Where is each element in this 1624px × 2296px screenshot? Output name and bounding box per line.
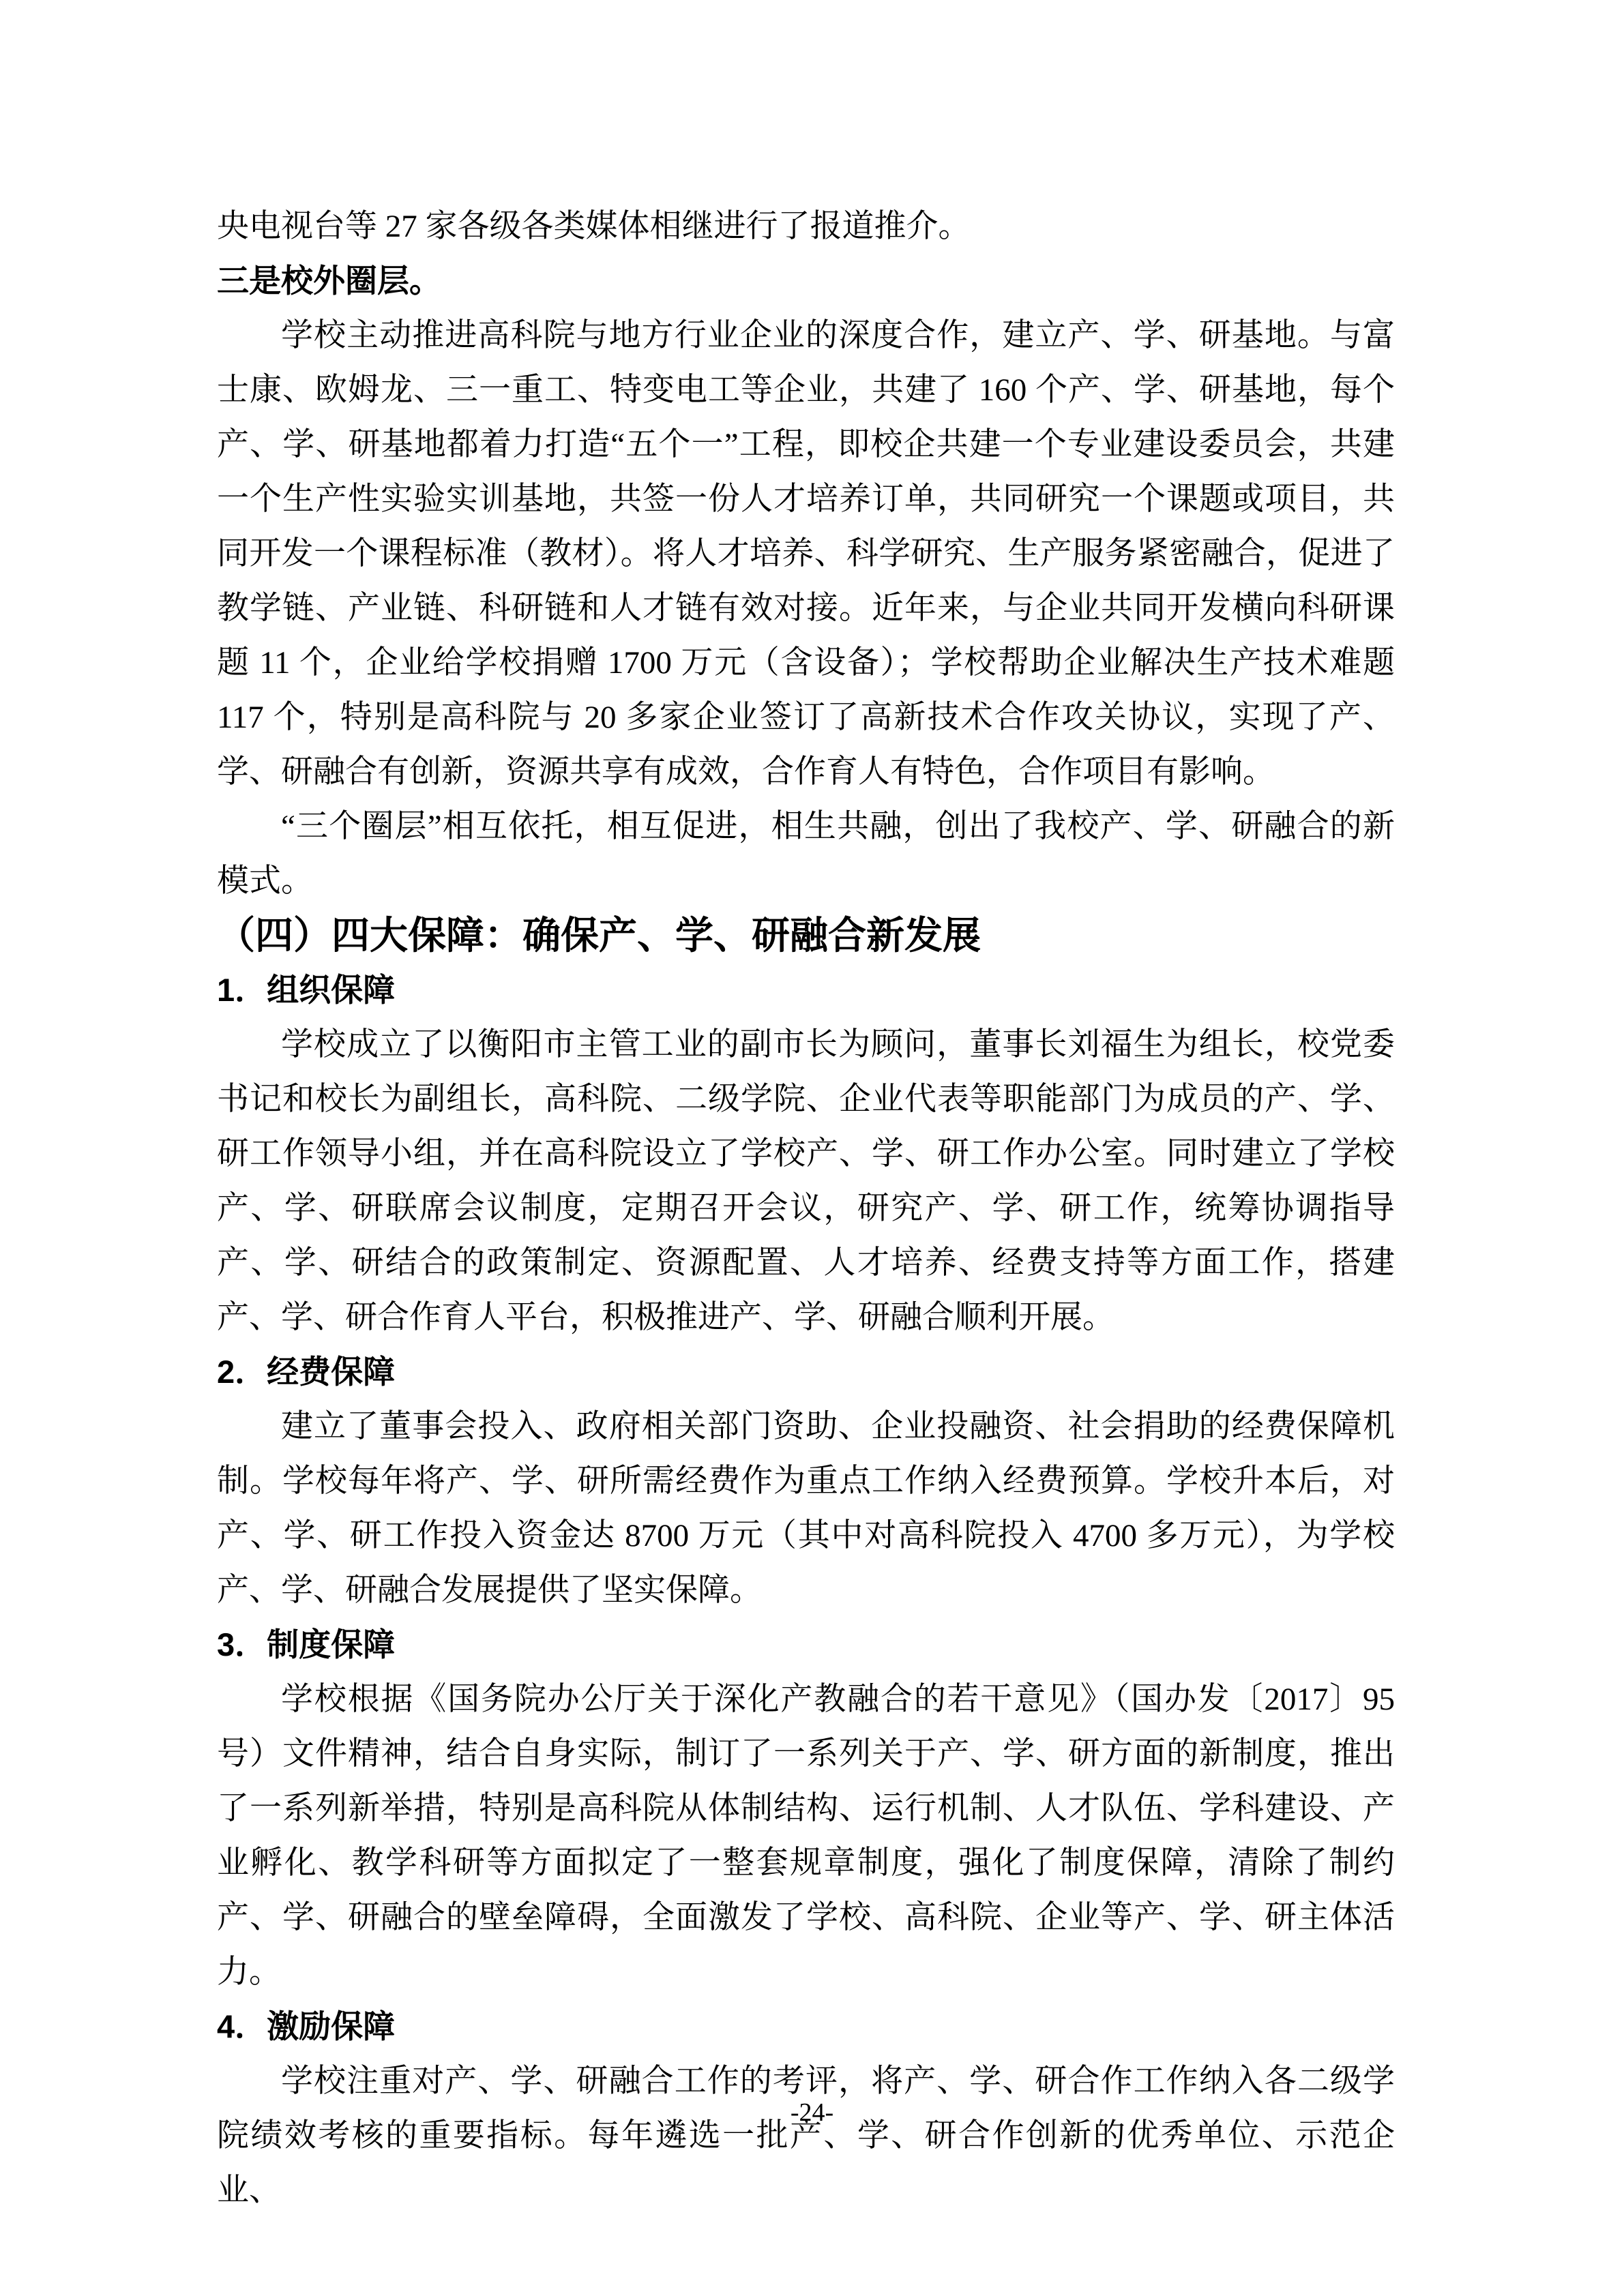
page-number: -24- — [0, 2085, 1624, 2140]
subheading-organizational-guarantee: 1．组织保障 — [217, 963, 1395, 1017]
paragraph-three-circles-summary: “三个圈层”相互依托，相互促进，相生共融，创出了我校产、学、研融合的新模式。 — [217, 799, 1395, 908]
document-body: 央电视台等 27 家各级各类媒体相继进行了报道推介。 三是校外圈层。 学校主动推… — [217, 199, 1395, 2218]
paragraph-media-coverage-continued: 央电视台等 27 家各级各类媒体相继进行了报道推介。 — [217, 199, 1395, 254]
subheading-funding-guarantee: 2．经费保障 — [217, 1345, 1395, 1399]
document-page: 央电视台等 27 家各级各类媒体相继进行了报道推介。 三是校外圈层。 学校主动推… — [0, 0, 1624, 2296]
paragraph-funding-guarantee: 建立了董事会投入、政府相关部门资助、企业投融资、社会捐助的经费保障机制。学校每年… — [217, 1399, 1395, 1617]
paragraph-enterprise-cooperation: 学校主动推进高科院与地方行业企业的深度合作，建立产、学、研基地。与富士康、欧姆龙… — [217, 308, 1395, 799]
paragraph-system-guarantee: 学校根据《国务院办公厅关于深化产教融合的若干意见》（国办发〔2017〕95 号）… — [217, 1672, 1395, 1999]
section-heading-four-guarantees: （四）四大保障：确保产、学、研融合新发展 — [217, 908, 1395, 963]
paragraph-organizational-guarantee: 学校成立了以衡阳市主管工业的副市长为顾问，董事长刘福生为组长，校党委书记和校长为… — [217, 1017, 1395, 1345]
subheading-incentive-guarantee: 4．激励保障 — [217, 1999, 1395, 2054]
subheading-system-guarantee: 3．制度保障 — [217, 1617, 1395, 1672]
heading-outer-campus-circle: 三是校外圈层。 — [217, 254, 1395, 308]
